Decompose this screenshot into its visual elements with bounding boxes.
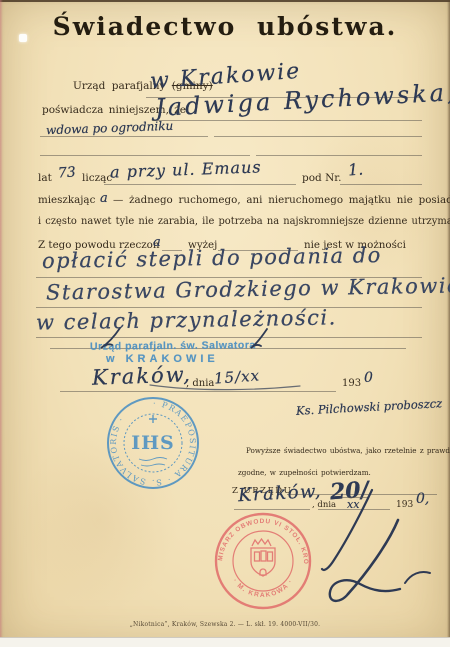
request-handwritten-line2: Starostwa Grodzkiego w Krakowie	[46, 273, 450, 304]
liczac-label: licząc	[82, 172, 112, 184]
residence-suffix-handwritten: a	[100, 191, 108, 206]
rule-line	[36, 337, 422, 338]
commissioner-round-seal: KOMISARZ OBWODU VI STOŁ. KRÓL. · M. KRAK…	[208, 506, 318, 616]
date2-city-handwritten: Kraków,	[238, 481, 323, 506]
request-handwritten-line1: opłacić stepli do podania do	[42, 243, 382, 273]
residence-label: mieszkając	[38, 194, 95, 206]
document-title: Świadectwo ubóstwa.	[0, 12, 450, 41]
date1-dnia-label: , dnia	[186, 378, 214, 389]
date1-day-handwritten: 15/xx	[213, 366, 260, 387]
krakow-crest-icon	[251, 539, 275, 576]
seal-center-text: IHS	[131, 432, 175, 454]
rule-line	[60, 391, 336, 392]
request-handwritten-line3: w celach przynależności.	[36, 305, 337, 334]
earnings-text: i często nawet tyle nie zarabia, ile pot…	[38, 216, 450, 227]
rule-line	[40, 136, 208, 137]
no-property-text: — żadnego ruchomego, ani nieruchomego ma…	[113, 194, 450, 206]
rule-line	[214, 136, 422, 137]
age-label: lat	[38, 172, 52, 184]
commissioner-signature	[348, 520, 398, 594]
status-handwritten: wdowa po ogrodniku	[46, 119, 174, 137]
rule-line	[256, 155, 422, 156]
pod-label: pod Nr.	[302, 172, 342, 184]
rule-line	[40, 155, 250, 156]
seal-top-text: KOMISARZ OBWODU VI STOŁ. KRÓL.	[205, 501, 311, 565]
commissioner-signature	[405, 572, 430, 583]
date1-city-handwritten: Kraków,	[92, 362, 193, 389]
date2-year-printed: 193	[396, 500, 413, 510]
scan-edge-bottom	[0, 637, 450, 647]
rule-line	[318, 509, 390, 510]
scanned-certificate-page: Świadectwo ubóstwa. Urząd parafjalny (gm…	[0, 0, 450, 647]
commissioner-signature	[330, 580, 400, 601]
scan-edge-left	[0, 0, 3, 647]
house-number-handwritten: 1.	[347, 159, 364, 179]
confirmation-line2: zgodne, w zupełności potwierdzam.	[238, 468, 371, 477]
age-handwritten: 73	[57, 164, 76, 181]
scan-edge-top	[0, 0, 450, 2]
printer-imprint: „Nikotnica”, Kraków, Szewska 2. — L. skł…	[0, 621, 450, 628]
rule-line	[340, 184, 422, 185]
date1-year-printed: 193	[342, 378, 361, 389]
svg-text:KOMISARZ OBWODU VI STOŁ. KRÓL.: KOMISARZ OBWODU VI STOŁ. KRÓL.	[205, 501, 311, 565]
confirmation-line1: Powyższe świadectwo ubóstwa, jako rzetel…	[246, 446, 450, 455]
date1-year-handwritten: 0	[364, 370, 373, 386]
priest-signature: Ks. Pilchowski proboszcz	[296, 396, 443, 418]
date2-year-handwritten: 0,	[416, 491, 429, 507]
rule-line	[104, 184, 296, 185]
address-handwritten: a przy ul. Emaus	[110, 157, 262, 181]
parish-stamp-line1: Urząd parafjaln. św. Salwatora	[90, 339, 256, 352]
rule-line	[152, 120, 422, 121]
parish-round-seal: · PRAEPOSITURA · S. SALVATORIS · IHS	[103, 393, 203, 493]
cross-icon	[149, 415, 157, 423]
